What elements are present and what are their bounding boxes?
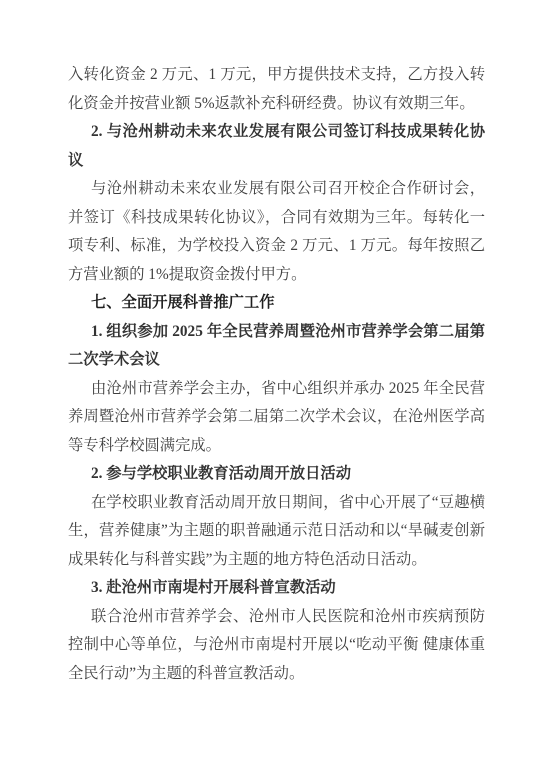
subheading-1-nutrition-week-conference: 1. 组织参加 2025 年全民营养周暨沧州市营养学会第二届第二次学术会议 — [68, 318, 485, 375]
section-heading-7-science-popularization: 七、全面开展科普推广工作 — [68, 289, 485, 318]
document-page: 入转化资金 2 万元、1 万元，甲方提供技术支持，乙方投入转化资金并按营业额 5… — [0, 0, 542, 768]
body-paragraph-nutrition-week: 由沧州市营养学会主办，省中心组织并承办 2025 年全民营养周暨沧州市营养学会第… — [68, 375, 485, 461]
subheading-tech-transfer-agreement: 2. 与沧州耕动未来农业发展有限公司签订科技成果转化协议 — [68, 118, 485, 175]
subheading-2-vocational-education-open-day: 2. 参与学校职业教育活动周开放日活动 — [68, 460, 485, 489]
body-paragraph-nandi-village: 联合沧州市营养学会、沧州市人民医院和沧州市疾病预防控制中心等单位，与沧州市南堤村… — [68, 603, 485, 689]
document-content: 入转化资金 2 万元、1 万元，甲方提供技术支持，乙方投入转化资金并按营业额 5… — [68, 61, 485, 688]
body-paragraph-open-day-activities: 在学校职业教育活动周开放日期间，省中心开展了“豆趣横生，营养健康”为主题的职普融… — [68, 489, 485, 575]
body-paragraph-tech-transfer: 与沧州耕动未来农业发展有限公司召开校企合作研讨会，并签订《科技成果转化协议》，合… — [68, 175, 485, 289]
subheading-3-nandi-village-outreach: 3. 赴沧州市南堤村开展科普宣教活动 — [68, 574, 485, 603]
body-paragraph-continued: 入转化资金 2 万元、1 万元，甲方提供技术支持，乙方投入转化资金并按营业额 5… — [68, 61, 485, 118]
